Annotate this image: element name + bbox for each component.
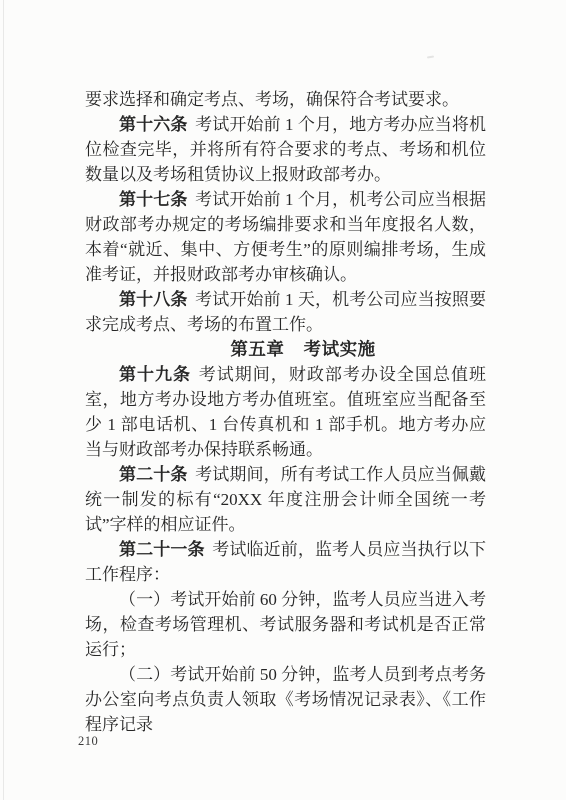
article-17: 第十七条考试开始前 1 个月，机考公司应当根据财政部考办规定的考场编排要求和当年… — [85, 187, 486, 287]
paragraph-continued: 要求选择和确定考点、考场，确保符合考试要求。 — [85, 87, 486, 112]
article-16-label: 第十六条 — [119, 115, 195, 134]
list-item-2: （二）考试开始前 50 分钟，监考人员到考点考务办公室向考点负责人领取《考场情况… — [85, 662, 486, 737]
article-19: 第十九条考试期间，财政部考办设全国总值班室，地方考办设地方考办值班室。值班室应当… — [85, 362, 486, 462]
list-item-1: （一）考试开始前 60 分钟，监考人员应当进入考场，检查考场管理机、考试服务器和… — [85, 587, 486, 662]
chapter-number: 第五章 — [230, 339, 284, 359]
article-20: 第二十条考试期间，所有考试工作人员应当佩戴统一制发的标有“20XX 年度注册会计… — [85, 462, 486, 537]
page-number: 210 — [78, 733, 98, 749]
chapter-heading: 第五章考试实施 — [85, 337, 486, 362]
article-21-label: 第二十一条 — [119, 540, 212, 559]
scan-edge-artifact — [3, 0, 4, 800]
paragraph-text: 要求选择和确定考点、考场，确保符合考试要求。 — [85, 90, 459, 109]
article-19-label: 第十九条 — [119, 365, 199, 384]
document-page: 要求选择和确定考点、考场，确保符合考试要求。 第十六条考试开始前 1 个月，地方… — [0, 0, 566, 800]
scan-speck-artifact — [427, 56, 434, 59]
article-20-label: 第二十条 — [119, 465, 195, 484]
page-body-text: 要求选择和确定考点、考场，确保符合考试要求。 第十六条考试开始前 1 个月，地方… — [85, 87, 486, 737]
article-18: 第十八条考试开始前 1 天，机考公司应当按照要求完成考点、考场的布置工作。 — [85, 287, 486, 337]
article-16: 第十六条考试开始前 1 个月，地方考办应当将机位检查完毕，并将所有符合要求的考点… — [85, 112, 486, 187]
article-21: 第二十一条考试临近前，监考人员应当执行以下工作程序： — [85, 537, 486, 587]
article-18-label: 第十八条 — [119, 290, 195, 309]
list-item-2-text: （二）考试开始前 50 分钟，监考人员到考点考务办公室向考点负责人领取《考场情况… — [85, 665, 486, 734]
list-item-1-text: （一）考试开始前 60 分钟，监考人员应当进入考场，检查考场管理机、考试服务器和… — [85, 590, 486, 659]
article-17-label: 第十七条 — [119, 190, 195, 209]
chapter-title: 考试实施 — [304, 339, 376, 359]
